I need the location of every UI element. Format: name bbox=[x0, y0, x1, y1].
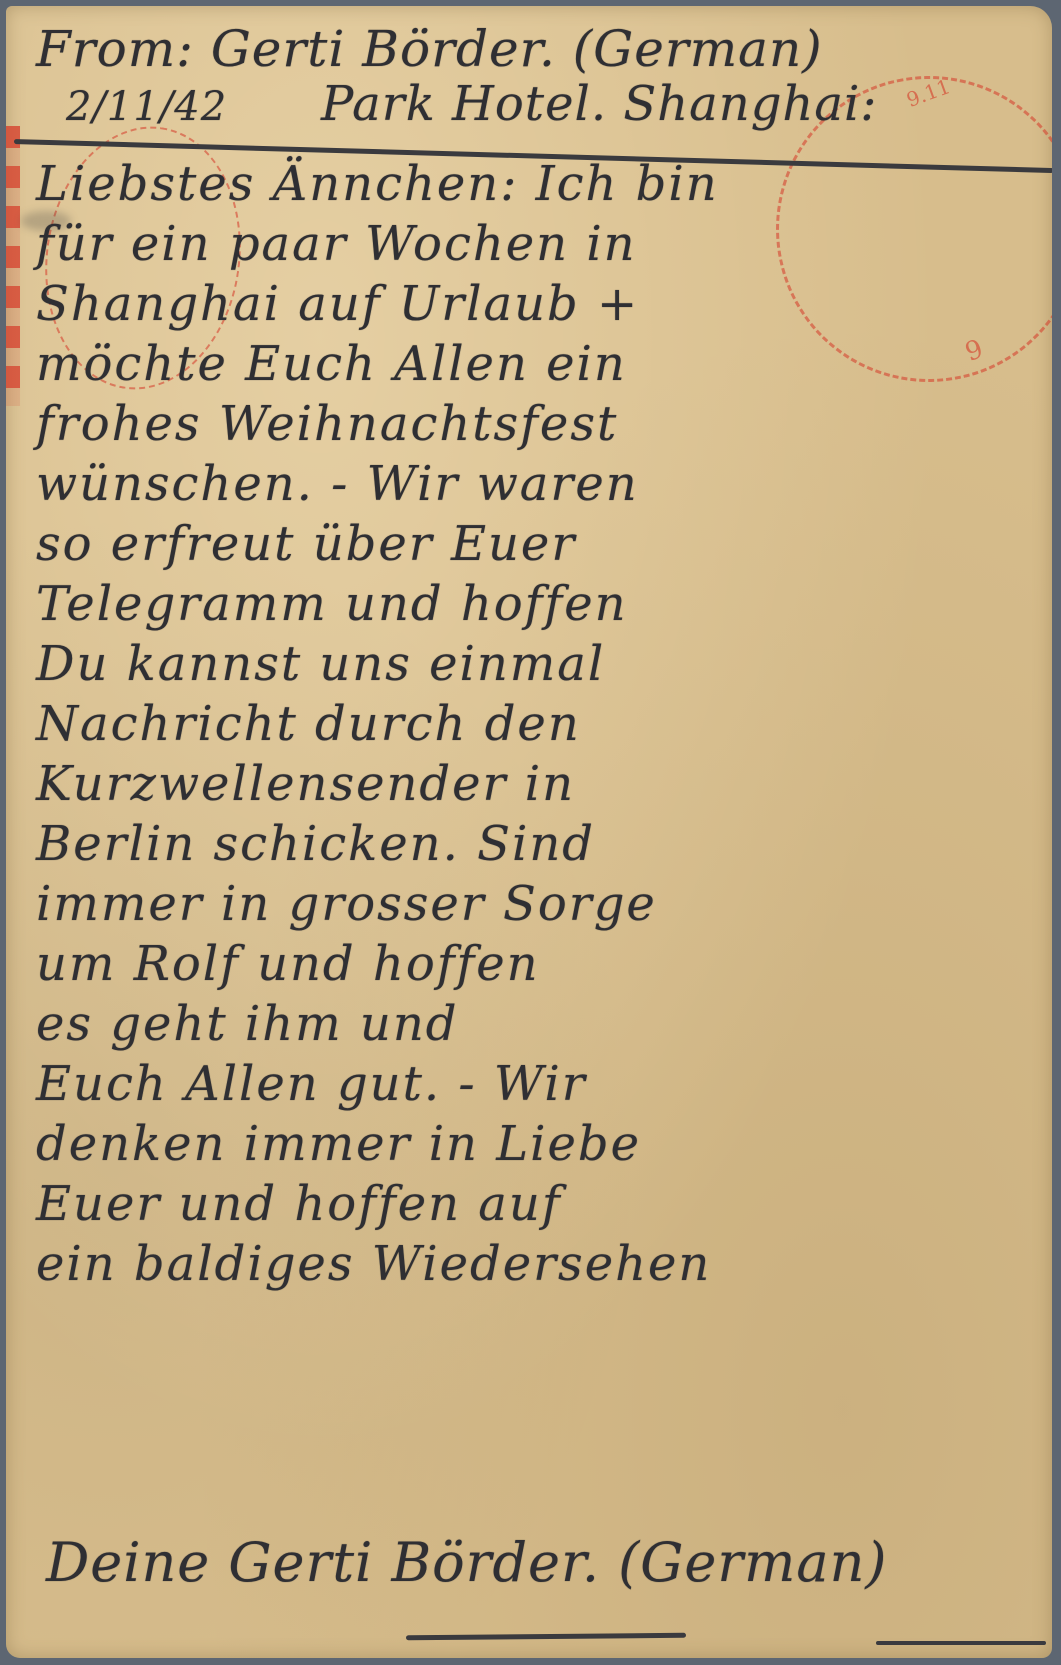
letter-line: so erfreut über Euer bbox=[36, 514, 1036, 574]
signature-underline bbox=[406, 1633, 686, 1640]
letter-line: immer in grosser Sorge bbox=[36, 874, 1036, 934]
letter-line: Shanghai auf Urlaub + bbox=[36, 274, 1036, 334]
letter-line: möchte Euch Allen ein bbox=[36, 334, 1036, 394]
postcard: 9 9.11 From: Gerti Börder. (German) 2/11… bbox=[6, 6, 1052, 1658]
letter-body: Liebstes Ännchen: Ich bin für ein paar W… bbox=[36, 154, 1036, 1294]
sender-line: From: Gerti Börder. (German) bbox=[36, 20, 823, 78]
letter-line: für ein paar Wochen in bbox=[36, 214, 1036, 274]
postmark-fragment: 9.11 bbox=[903, 74, 953, 112]
letter-line: Telegramm und hoffen bbox=[36, 574, 1036, 634]
letter-line: Liebstes Ännchen: Ich bin bbox=[36, 154, 1036, 214]
sender-address: Park Hotel. Shanghai: bbox=[321, 76, 877, 132]
signature-underline bbox=[876, 1641, 1046, 1645]
letter-line: denken immer in Liebe bbox=[36, 1114, 1036, 1174]
letter-line: wünschen. - Wir waren bbox=[36, 454, 1036, 514]
letter-line: ein baldiges Wiedersehen bbox=[36, 1234, 1036, 1294]
red-postmark-edge bbox=[6, 126, 20, 406]
letter-line: Nachricht durch den bbox=[36, 694, 1036, 754]
date: 2/11/42 bbox=[66, 84, 227, 130]
letter-line: Du kannst uns einmal bbox=[36, 634, 1036, 694]
signature: Deine Gerti Börder. (German) bbox=[46, 1531, 887, 1594]
letter-line: frohes Weihnachtsfest bbox=[36, 394, 1036, 454]
letter-line: Euch Allen gut. - Wir bbox=[36, 1054, 1036, 1114]
letter-line: um Rolf und hoffen bbox=[36, 934, 1036, 994]
letter-line: Berlin schicken. Sind bbox=[36, 814, 1036, 874]
letter-line: Euer und hoffen auf bbox=[36, 1174, 1036, 1234]
letter-line: Kurzwellensender in bbox=[36, 754, 1036, 814]
scanned-postcard-image: 9 9.11 From: Gerti Börder. (German) 2/11… bbox=[0, 0, 1061, 1665]
letter-line: es geht ihm und bbox=[36, 994, 1036, 1054]
